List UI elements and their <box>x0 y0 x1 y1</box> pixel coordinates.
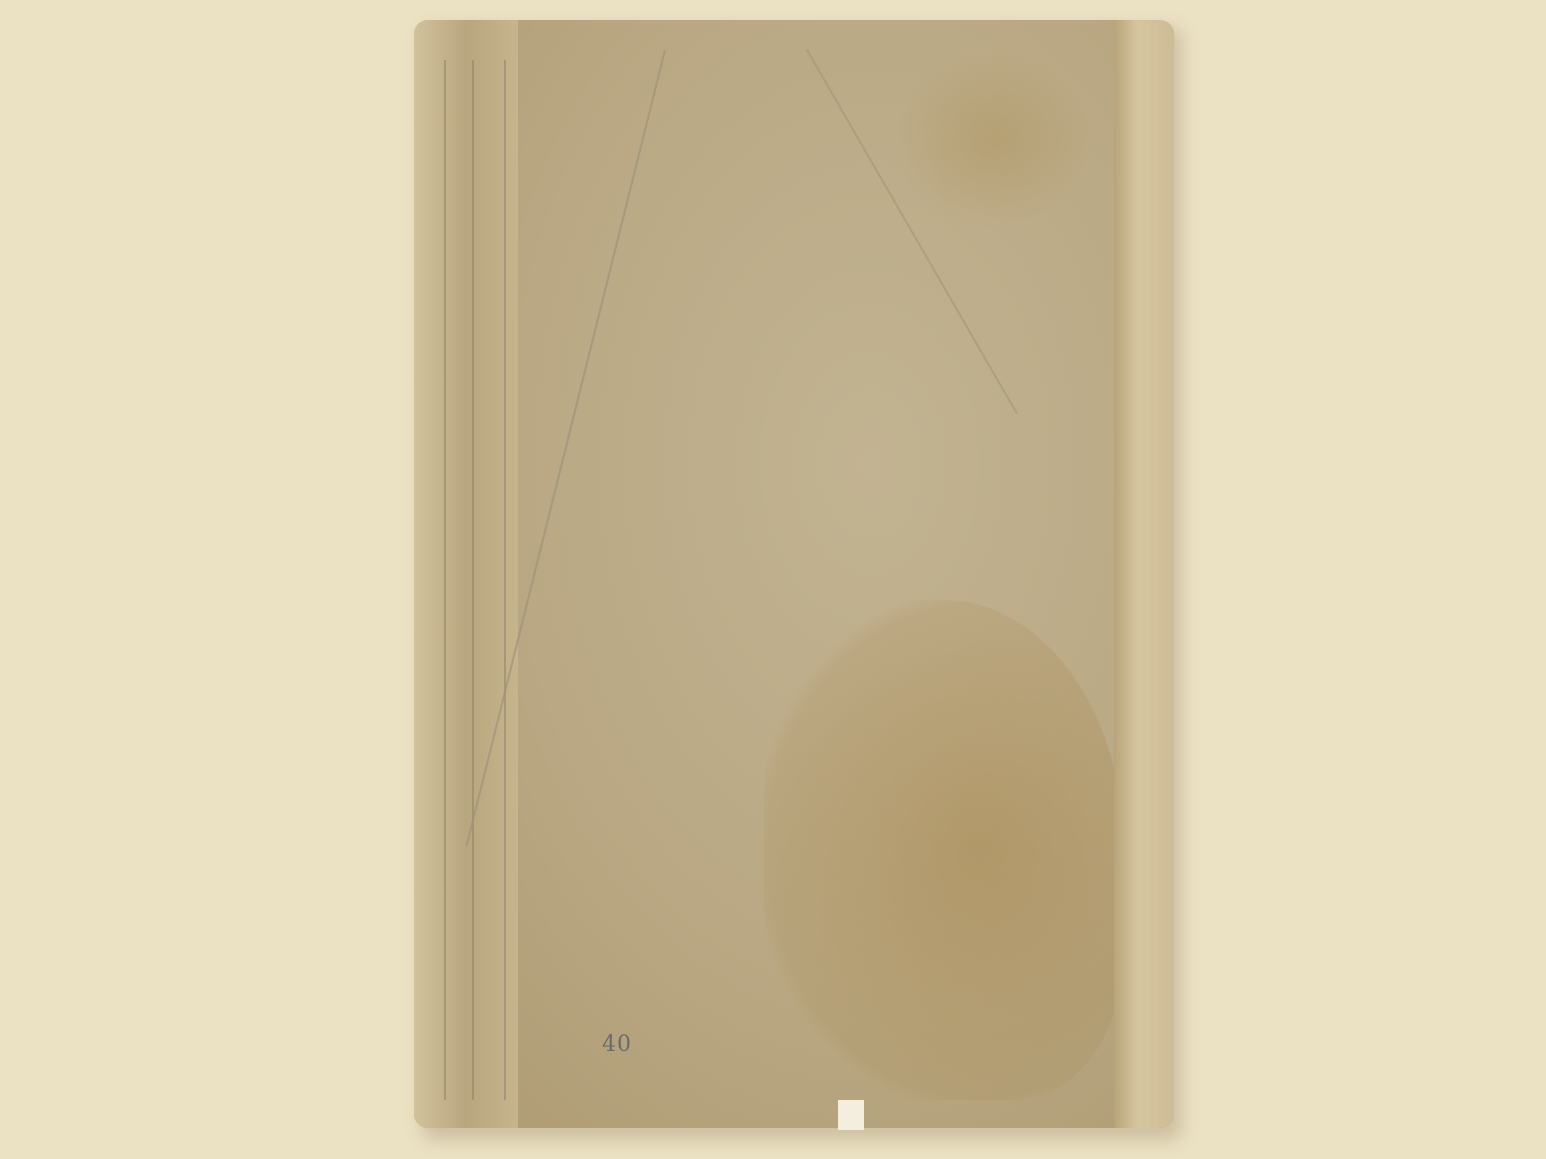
book-spine <box>414 20 518 1128</box>
spine-fold-line <box>444 60 446 1100</box>
spine-fold-line <box>472 60 474 1100</box>
catalog-stamp: 40 <box>602 1032 632 1057</box>
spine-fold-line <box>504 60 506 1100</box>
book-cover: 40 <box>414 20 1174 1128</box>
paper-tab <box>838 1100 864 1130</box>
page-edge <box>1114 20 1174 1128</box>
stain-top <box>894 50 1094 230</box>
water-stain <box>764 600 1124 1100</box>
